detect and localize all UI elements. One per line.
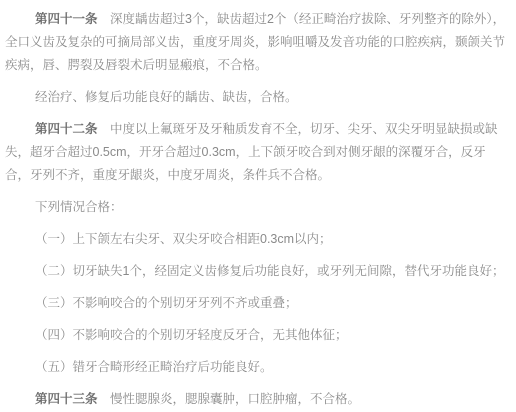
paragraph-text: 下列情况合格： xyxy=(35,200,123,214)
article-number: 第四十三条 xyxy=(35,392,98,406)
paragraph-article-43: 第四十三条 慢性腮腺炎，腮腺囊肿，口腔肿瘤，不合格。 xyxy=(5,388,506,411)
paragraph-text: （四）不影响咬合的个别切牙轻度反牙合，无其他体征； xyxy=(35,328,348,342)
list-item-5: （五）错牙合畸形经正畸治疗后功能良好。 xyxy=(5,356,506,379)
document-page: 第四十一条 深度龋齿超过3个，缺齿超过2个（经正畸治疗拔除、牙列整齐的除外），全… xyxy=(0,0,516,412)
paragraph-text: 经治疗、修复后功能良好的龋齿、缺齿，合格。 xyxy=(35,90,298,104)
list-item-3: （三）不影响咬合的个别切牙牙列不齐或重叠； xyxy=(5,292,506,315)
article-number: 第四十一条 xyxy=(35,12,98,26)
paragraph: 下列情况合格： xyxy=(5,196,506,219)
paragraph-text: （三）不影响咬合的个别切牙牙列不齐或重叠； xyxy=(35,296,298,310)
article-number: 第四十二条 xyxy=(35,122,98,136)
paragraph: 经治疗、修复后功能良好的龋齿、缺齿，合格。 xyxy=(5,86,506,109)
paragraph-text: （二）切牙缺失1个，经固定义齿修复后功能良好，或牙列无间隙，替代牙功能良好； xyxy=(35,264,504,278)
list-item-2: （二）切牙缺失1个，经固定义齿修复后功能良好，或牙列无间隙，替代牙功能良好； xyxy=(5,260,506,283)
paragraph-article-42: 第四十二条 中度以上氟斑牙及牙釉质发育不全，切牙、尖牙、双尖牙明显缺损或缺失，超… xyxy=(5,118,506,187)
paragraph-article-41: 第四十一条 深度龋齿超过3个，缺齿超过2个（经正畸治疗拔除、牙列整齐的除外），全… xyxy=(5,8,506,77)
paragraph-text: 慢性腮腺炎，腮腺囊肿，口腔肿瘤，不合格。 xyxy=(98,392,361,406)
list-item-4: （四）不影响咬合的个别切牙轻度反牙合，无其他体征； xyxy=(5,324,506,347)
list-item-1: （一）上下颌左右尖牙、双尖牙咬合相距0.3cm以内； xyxy=(5,228,506,251)
paragraph-text: （五）错牙合畸形经正畸治疗后功能良好。 xyxy=(35,360,273,374)
paragraph-text: （一）上下颌左右尖牙、双尖牙咬合相距0.3cm以内； xyxy=(35,232,332,246)
